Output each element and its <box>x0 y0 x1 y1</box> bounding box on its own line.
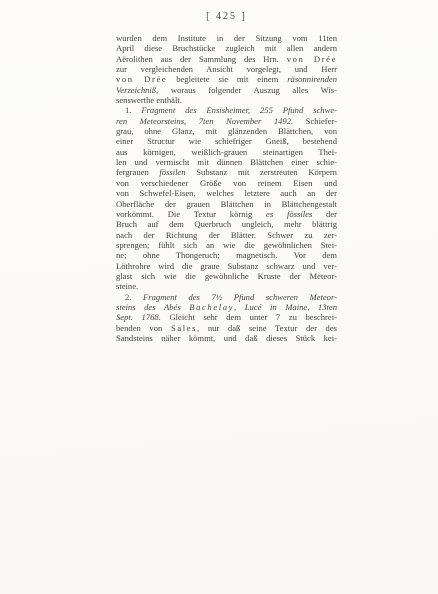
text-line: 2. Fragment des 7½ Pfund schweren Meteor… <box>116 292 337 302</box>
text-line: Sept. 1768. Gleicht sehr dem unter 7 zu … <box>116 312 337 322</box>
text-block: wurden dem Institute in der Sitzung vom … <box>116 33 337 343</box>
text-line: einer Structur wie schiefriger Gneiß, be… <box>116 136 337 146</box>
text-line: ne; ohne Thongeruch; magnetisch. Vor dem <box>116 250 337 260</box>
text-line: fergrauen fössilen Substanz mit zerstreu… <box>116 167 337 177</box>
text-line: zur vergleichenden Ansicht vorgelegt, un… <box>116 64 337 74</box>
text-line: Aërolithen aus der Sammlung des Hrn. von… <box>116 54 337 64</box>
scanned-book-page: [ 425 ] wurden dem Institute in der Sitz… <box>0 0 438 594</box>
text-line: grau, ohne Glanz, mit glänzenden Blättch… <box>116 126 337 136</box>
text-line: aus körnigen, weißlich-grauen steinartig… <box>116 147 337 157</box>
text-line: Sandsteins näher kömmt, und daß dieses S… <box>116 333 337 343</box>
text-line: Bruch auf dem Querbruch ungleich, mehr b… <box>116 219 337 229</box>
text-line: steine. <box>116 281 337 291</box>
text-line: glast sich wie die gewöhnliche Kruste de… <box>116 271 337 281</box>
text-line: April diese Bruchstücke zugleich mit all… <box>116 43 337 53</box>
text-line: von Drée begleitete sie mit einem räsonn… <box>116 74 337 84</box>
text-line: vorkömmt. Die Textur körnig es fössiles … <box>116 209 337 219</box>
text-line: von verschiedener Größe von reinem Eisen… <box>116 178 337 188</box>
paragraph: 2. Fragment des 7½ Pfund schweren Meteor… <box>116 292 337 344</box>
text-line: sprengen; fühlt sich an wie die gewöhnli… <box>116 240 337 250</box>
text-line: nach der Richtung der Blätter. Schwer zu… <box>116 230 337 240</box>
paragraph: 1. Fragment des Ensisheimer, 255 Pfund s… <box>116 105 337 291</box>
text-line: Oberfläche der grauen Blättchen in Blätt… <box>116 199 337 209</box>
text-line: von Schwefel-Eisen, welches letztere auc… <box>116 188 337 198</box>
text-line: 1. Fragment des Ensisheimer, 255 Pfund s… <box>116 105 337 115</box>
text-line: Verzeichniß, woraus folgender Auszug all… <box>116 85 337 95</box>
text-line: benden von Sales, nur daß seine Textur d… <box>116 323 337 333</box>
text-line: senswerthe enthält. <box>116 95 337 105</box>
page-number-header: [ 425 ] <box>116 11 337 22</box>
text-line: ren Meteorsteins, 7ten November 1492. Sc… <box>116 116 337 126</box>
text-line: len und vermischt mit dünnen Blättchen e… <box>116 157 337 167</box>
text-line: steins des Abés Bachelay, Lucé in Maine,… <box>116 302 337 312</box>
text-line: Löthrohre wird die graue Substanz schwar… <box>116 261 337 271</box>
paragraph: wurden dem Institute in der Sitzung vom … <box>116 33 337 105</box>
text-line: wurden dem Institute in der Sitzung vom … <box>116 33 337 43</box>
